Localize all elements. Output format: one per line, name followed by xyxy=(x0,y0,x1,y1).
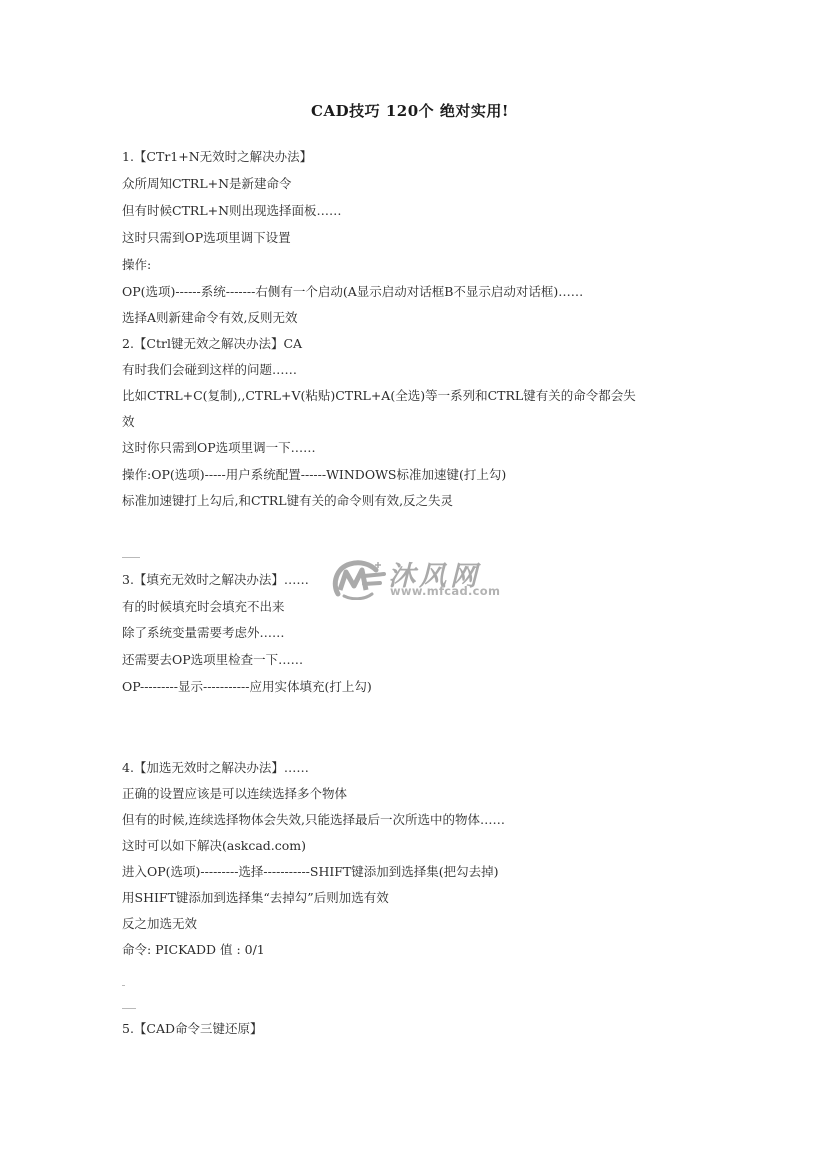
text-line: 操作:OP(选项)-----用户系统配置------WINDOWS标准加速键(打… xyxy=(122,467,506,483)
text-line: 众所周知CTRL+N是新建命令 xyxy=(122,176,292,192)
text-line: 这时你只需到OP选项里调一下…… xyxy=(122,440,316,456)
text-line: OP(选项)------系统-------右侧有一个启动(A显示启动对话框B不显… xyxy=(122,284,583,300)
scan-artifact-mark xyxy=(122,1008,136,1009)
text-line: 1.【CTr1+N无效时之解决办法】 xyxy=(122,149,312,165)
document-page: CAD技巧 120个 绝对实用! 1.【CTr1+N无效时之解决办法】众所周知C… xyxy=(0,0,820,1160)
text-line: 命令: PICKADD 值 : 0/1 xyxy=(122,942,265,958)
text-line: 这时可以如下解决(askcad.com) xyxy=(122,838,306,854)
text-line: 但有的时候,连续选择物体会失效,只能选择最后一次所选中的物体…… xyxy=(122,812,505,828)
text-line: 标准加速键打上勾后,和CTRL键有关的命令则有效,反之失灵 xyxy=(122,493,453,509)
text-line: 5.【CAD命令三键还原】 xyxy=(122,1021,263,1037)
text-line: 正确的设置应该是可以连续选择多个物体 xyxy=(122,786,347,802)
text-line: 2.【Ctrl键无效之解决办法】CA xyxy=(122,336,302,352)
text-line: 反之加选无效 xyxy=(122,916,197,932)
watermark: 沐风网 www.mfcad.com xyxy=(330,554,495,602)
text-line: 进入OP(选项)---------选择-----------SHIFT键添加到选… xyxy=(122,864,499,880)
text-line: 4.【加选无效时之解决办法】…… xyxy=(122,760,309,776)
text-line: 有时我们会碰到这样的问题…… xyxy=(122,362,297,378)
text-line: 有的时候填充时会填充不出来 xyxy=(122,599,285,615)
text-line: 选择A则新建命令有效,反则无效 xyxy=(122,310,298,326)
text-line: 还需要去OP选项里检查一下…… xyxy=(122,652,303,668)
scan-artifact-mark xyxy=(122,985,125,986)
watermark-url: www.mfcad.com xyxy=(390,584,500,598)
text-line: 操作: xyxy=(122,257,151,273)
document-title: CAD技巧 120个 绝对实用! xyxy=(0,100,820,121)
scan-artifact-mark xyxy=(122,557,140,558)
text-line: 但有时候CTRL+N则出现选择面板…… xyxy=(122,203,342,219)
text-line: 这时只需到OP选项里调下设置 xyxy=(122,230,291,246)
text-line: 3.【填充无效时之解决办法】…… xyxy=(122,572,309,588)
mf-logo-icon xyxy=(330,556,388,600)
text-line: 除了系统变量需要考虑外…… xyxy=(122,625,285,641)
text-line: 用SHIFT键添加到选择集“去掉勾”后则加选有效 xyxy=(122,890,389,906)
text-line: 效 xyxy=(122,414,135,430)
text-line: OP---------显示-----------应用实体填充(打上勾) xyxy=(122,679,372,695)
text-line: 比如CTRL+C(复制),,CTRL+V(粘贴)CTRL+A(全选)等一系列和C… xyxy=(122,388,636,404)
